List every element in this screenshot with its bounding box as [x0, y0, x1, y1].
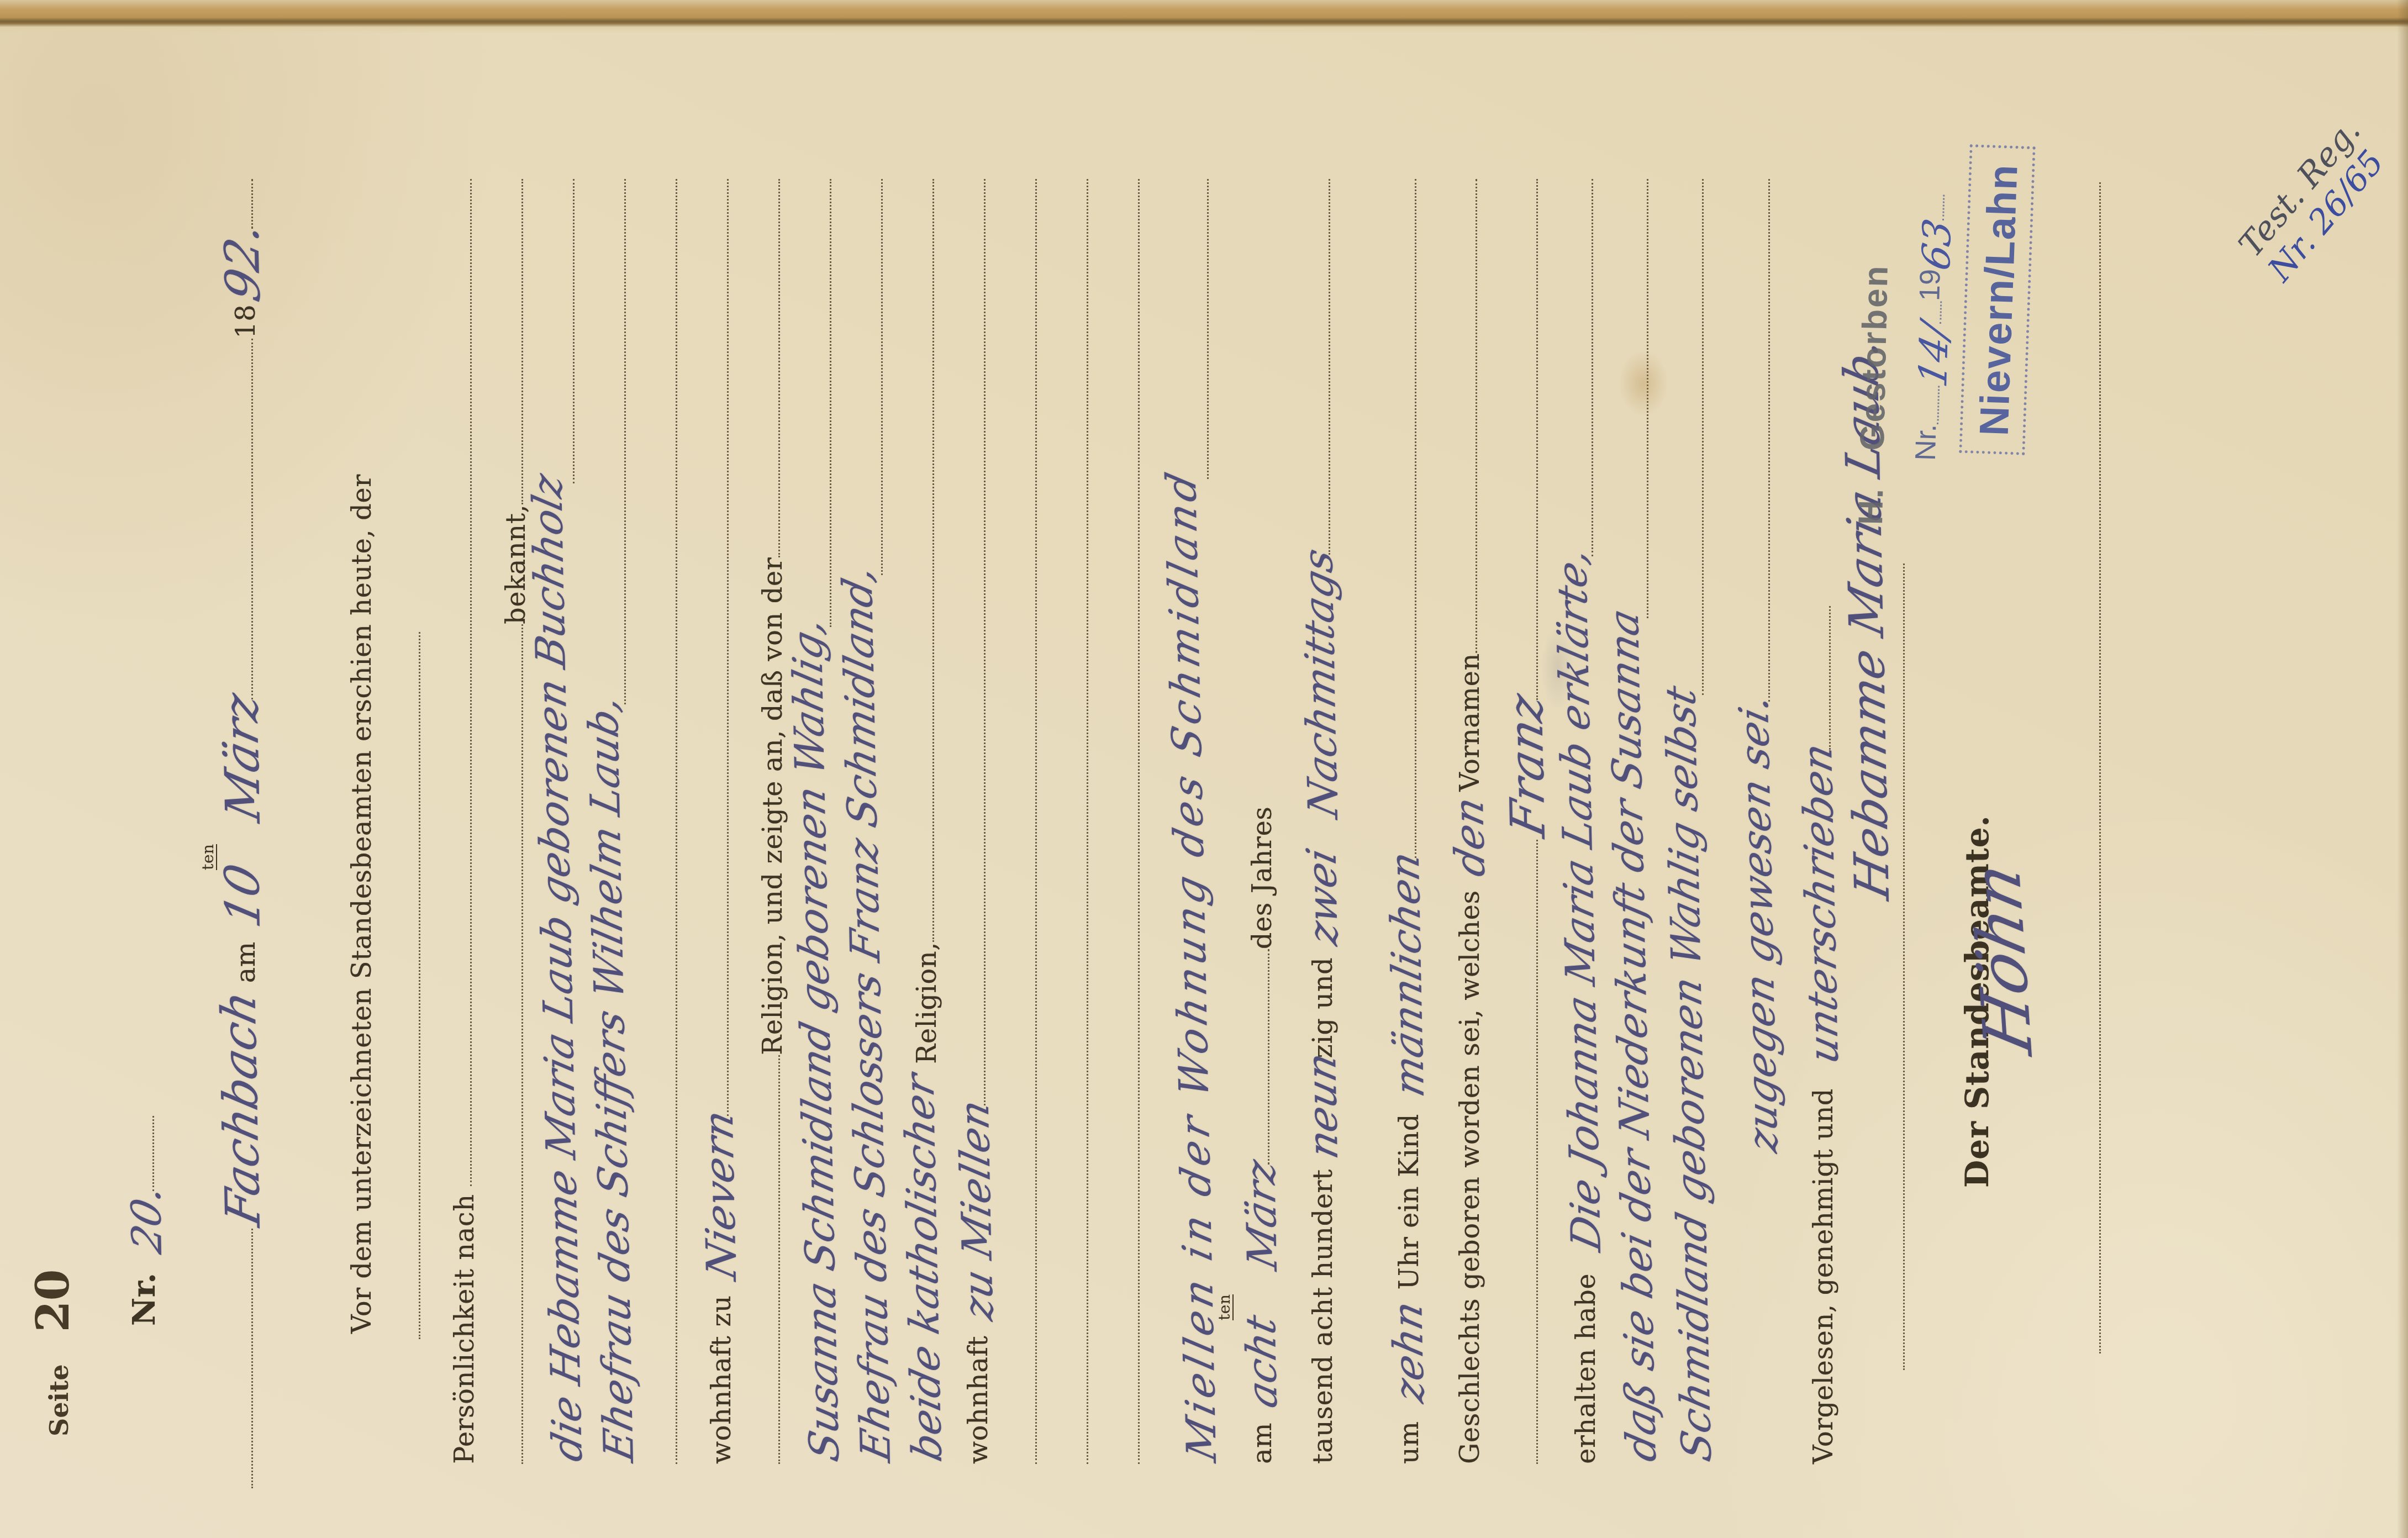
dateline: Fachbach am 10 ten März 18 92.: [199, 179, 260, 1488]
printed-text: Persönlichkeit nach: [451, 1194, 478, 1464]
body-line-18: am acht ten März des Jahres: [1215, 179, 1276, 1464]
body-line-11: Ehefrau des Schlossers Franz Schmidland,: [836, 179, 889, 1464]
stamp-year-printed: 19: [1913, 268, 1947, 301]
page-number: 20: [33, 1269, 74, 1332]
entry-number-label: Nr.: [128, 1272, 161, 1326]
gestorben-word: Gestorben: [1853, 264, 1895, 451]
page-header: Seite 20: [33, 1269, 74, 1436]
closing-rule: [2099, 182, 2101, 1353]
body-line-26: zugegen gewesen sei.: [1724, 179, 1777, 1464]
stamp-nr-label: Nr.: [1909, 424, 1943, 461]
printed-text: Geschlechts geboren worden sei, welches: [1456, 890, 1484, 1464]
printed-ordinal: ten: [1216, 1294, 1234, 1320]
handwritten-first-name: Franz: [1507, 691, 1548, 840]
entry-number-line: Nr. 20.: [108, 1116, 161, 1326]
body-line-1: Vor dem unterzeichneten Standesbeamten e…: [323, 179, 376, 1464]
page-bottom-edge: [2397, 0, 2408, 1538]
printed-text: erhalten habe: [1572, 1273, 1600, 1464]
handwritten-mother-2: Ehefrau des Schlossers Franz Schmidland,: [841, 563, 893, 1464]
body-line-8: wohnhaft zu Nievern: [682, 179, 735, 1464]
page-label: Seite: [44, 1365, 74, 1436]
gestorben-prefix: H.: [1852, 487, 1890, 525]
gestorben-stamp: H. Gestorben: [1851, 264, 1896, 525]
dateline-year-printed: 18: [232, 304, 260, 339]
handwritten-sex: männlichen: [1389, 849, 1426, 1099]
handwritten-year-part-2: zwei: [1305, 846, 1340, 947]
registrar-signature: Höhn: [1970, 860, 2036, 1057]
body-line-17: Miellen in der Wohnung des Schmidland: [1155, 179, 1215, 1464]
dateline-place: Fachbach: [220, 988, 263, 1229]
document-sheet: Seite 20 Nr. 20. Fachbach am 10 ten März…: [0, 0, 2408, 1538]
handwritten-religion: beide katholischer: [903, 1071, 944, 1464]
entry-number-value: 20.: [130, 1183, 164, 1256]
printed-text: wohnhaft: [965, 1336, 992, 1464]
body-line-27: Vorgelesen, genehmigt und unterschrieben: [1784, 179, 1837, 1464]
body-line-15: [1042, 179, 1095, 1464]
handwritten-place: zu Miellen: [958, 1097, 995, 1323]
handwritten-mother: Susanna Schmidland geborenen Wahlig,: [791, 615, 841, 1464]
dateline-month: März: [222, 690, 263, 824]
body-line-7: [631, 179, 684, 1464]
death-number-stamp: Nr. 14/ 19 63: [1909, 194, 1949, 461]
stamp-year-handwritten: 63: [1921, 217, 1953, 273]
body-line-12: beide katholischer Religion,: [888, 179, 941, 1464]
stamp-nr-handwritten: 14/: [1917, 319, 1950, 389]
body-line-6: Ehefrau des Schiffers Wilhelm Laub,: [579, 179, 633, 1464]
printed-text: am: [1248, 1423, 1276, 1464]
handwritten-clause-4: zugegen gewesen sei.: [1738, 692, 1780, 1155]
handwritten-clause-3: Schmidland geborenen Wahlig selbst: [1665, 683, 1714, 1464]
printed-text: Religion,: [913, 942, 941, 1064]
handwritten-day: acht: [1245, 1313, 1279, 1410]
printed-text: Vornamen: [1456, 653, 1484, 791]
body-line-14: [990, 179, 1044, 1464]
body-line-23: erhalten habe Die Johanna Maria Laub erk…: [1547, 179, 1600, 1464]
body-line-9: Religion, und zeigte an, daß von der: [734, 179, 787, 1464]
binding-edge: [0, 0, 2408, 33]
body-line-4: bekannt,: [477, 179, 530, 1464]
body-line-20: um zehn Uhr ein Kind männlichen: [1370, 179, 1423, 1464]
margin-note: Test. Reg. Nr. 26/65: [2232, 112, 2398, 289]
dateline-am: am: [232, 941, 260, 983]
handwritten-hour: zehn: [1392, 1298, 1426, 1405]
printed-text: Vor dem unterzeichneten Standesbeamten e…: [348, 474, 376, 1334]
body-line-21: Geschlechts geboren worden sei, welches …: [1431, 179, 1484, 1464]
scanned-register-page: Seite 20 Nr. 20. Fachbach am 10 ten März…: [0, 0, 2408, 1538]
handwritten-year-part: neun: [1305, 1050, 1340, 1161]
handwritten-birthplace: Miellen in der Wohnung des Schmidland: [1165, 467, 1219, 1464]
handwritten-signed-word: unterschrieben: [1801, 741, 1841, 1066]
body-line-22: Franz: [1492, 179, 1545, 1464]
printed-text: tausend acht hundert: [1309, 1169, 1337, 1464]
body-line-2: [374, 179, 427, 1464]
body-line-13: wohnhaft zu Miellen: [939, 179, 992, 1464]
body-line-16: [1093, 179, 1146, 1464]
body-line-5: die Hebamme Maria Laub geborenen Buchhol…: [528, 179, 581, 1464]
printed-text: um: [1395, 1421, 1423, 1464]
printed-text: wohnhaft zu: [708, 1295, 735, 1464]
handwritten-article: den: [1453, 794, 1487, 879]
printed-text: Uhr ein Kind: [1395, 1114, 1423, 1289]
body-line-3: Persönlichkeit nach: [425, 179, 478, 1464]
body-line-19: tausend acht hundert neun zig und zwei N…: [1276, 179, 1337, 1464]
handwritten-clause-2: daß sie bei der Niederkunft der Susanna: [1608, 607, 1658, 1464]
printed-text: des Jahres: [1248, 807, 1276, 950]
handwritten-daytime: Nachmittags: [1302, 546, 1340, 820]
nievern-lahn-stamp: Nievern/Lahn: [1959, 144, 2035, 455]
paper-stain: [1619, 350, 1668, 417]
printed-text: Religion, und zeigte an, daß von der: [759, 557, 787, 1055]
printed-text: zig und: [1309, 957, 1337, 1058]
dateline-day: 10: [224, 861, 263, 931]
dateline-year-written: 92.: [223, 220, 263, 304]
handwritten-month: März: [1245, 1157, 1279, 1272]
handwritten-declarant: die Hebamme Maria Laub geborenen Buchhol…: [531, 471, 584, 1464]
ink-smudge: [1541, 626, 1574, 709]
printed-text: Vorgelesen, genehmigt und: [1810, 1088, 1837, 1464]
handwritten-declarant-2: Ehefrau des Schiffers Wilhelm Laub,: [587, 693, 636, 1464]
body-line-10: Susanna Schmidland geborenen Wahlig,: [785, 179, 838, 1464]
